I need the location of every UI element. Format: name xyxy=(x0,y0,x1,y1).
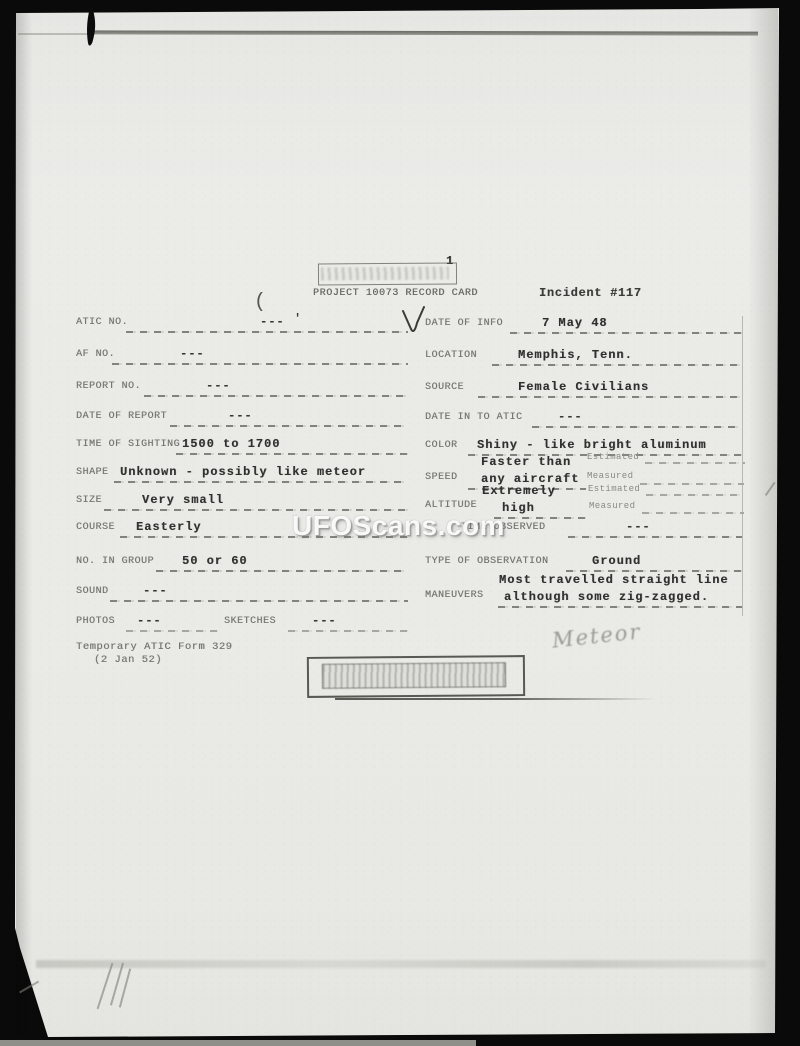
source-value: Female Civilians xyxy=(518,380,649,394)
time-observed-underline xyxy=(568,536,742,538)
date-of-report-label: DATE OF REPORT xyxy=(76,411,167,422)
no-in-group-label: NO. IN GROUP xyxy=(76,556,154,567)
scan-top-edge-line-faint xyxy=(18,33,94,35)
date-in-to-atic-value: --- xyxy=(558,410,583,424)
date-in-to-atic-underline xyxy=(532,426,742,428)
date-of-info-label: DATE OF INFO xyxy=(425,318,503,329)
speed-value-line1: Faster than xyxy=(481,455,571,469)
atic-no-underline xyxy=(126,331,408,333)
sketches-label: SKETCHES xyxy=(224,616,276,627)
atic-no-label: ATIC NO. xyxy=(76,317,128,328)
form-name-line2: (2 Jan 52) xyxy=(94,654,162,666)
maneuvers-value-line1: Most travelled straight line xyxy=(499,573,729,587)
altitude-measured-line xyxy=(642,512,744,514)
altitude-estimated-label: Estimated xyxy=(588,484,640,494)
photos-label: PHOTOS xyxy=(76,616,115,627)
color-value: Shiny - like bright aluminum xyxy=(477,438,707,452)
course-value: Easterly xyxy=(136,520,202,534)
speed-estimated-line xyxy=(645,462,745,464)
no-in-group-value: 50 or 60 xyxy=(182,554,248,568)
left-edge-shadow xyxy=(16,12,32,1034)
type-of-observation-underline xyxy=(566,570,742,572)
source-underline xyxy=(478,396,742,398)
footer-rule-line xyxy=(335,698,657,700)
date-of-info-underline xyxy=(510,332,742,334)
card-right-border-line xyxy=(742,316,743,616)
location-underline xyxy=(492,364,742,366)
speed-measured-label: Measured xyxy=(587,471,633,481)
redaction-stamp xyxy=(318,263,457,286)
shape-label: SHAPE xyxy=(76,467,109,478)
altitude-underline xyxy=(494,517,586,519)
location-label: LOCATION xyxy=(425,350,477,361)
time-of-sighting-label: TIME OF SIGHTING xyxy=(76,439,180,450)
date-of-report-underline xyxy=(170,425,408,427)
maneuvers-value-line2: although some zig-zagged. xyxy=(504,590,709,604)
date-of-info-value: 7 May 48 xyxy=(542,316,608,330)
speed-measured-line xyxy=(640,483,744,485)
altitude-estimated-line xyxy=(646,494,744,496)
approval-stamp-smudge xyxy=(322,662,506,689)
size-label: SIZE xyxy=(76,495,102,506)
form-title: PROJECT 10073 RECORD CARD xyxy=(313,288,478,299)
pen-mark-artifact xyxy=(84,5,100,49)
speed-label: SPEED xyxy=(425,472,458,483)
right-edge-shadow xyxy=(748,8,778,1034)
altitude-value-line2: high xyxy=(502,501,535,515)
shape-underline xyxy=(114,481,408,483)
sketches-value: --- xyxy=(312,614,337,628)
shape-value: Unknown - possibly like meteor xyxy=(120,465,366,479)
form-name-line1: Temporary ATIC Form 329 xyxy=(76,641,232,653)
time-observed-value: --- xyxy=(626,520,651,534)
date-of-report-value: --- xyxy=(228,409,253,423)
location-value: Memphis, Tenn. xyxy=(518,348,633,362)
course-label: COURSE xyxy=(76,522,115,533)
atic-no-value: --- xyxy=(260,315,285,329)
size-value: Very small xyxy=(142,493,224,507)
type-of-observation-label: TYPE OF OBSERVATION xyxy=(425,556,549,567)
paren-pen-mark: ( xyxy=(254,291,266,314)
scan-smudge-band xyxy=(36,960,766,968)
report-no-label: REPORT NO. xyxy=(76,381,141,392)
incident-number: Incident #117 xyxy=(539,286,642,300)
report-no-underline xyxy=(144,395,408,397)
sketches-underline xyxy=(288,630,408,632)
sound-label: SOUND xyxy=(76,586,109,597)
maneuvers-underline xyxy=(498,606,742,608)
sound-underline xyxy=(110,600,408,602)
sound-value: --- xyxy=(143,584,168,598)
altitude-value-line1: Extremely xyxy=(482,484,556,498)
no-in-group-underline xyxy=(156,570,408,572)
apostrophe-pen-mark: ' xyxy=(294,312,301,326)
stamp-smudge xyxy=(321,267,449,281)
scanned-record-card-page: 1 PROJECT 10073 RECORD CARD Incident #11… xyxy=(0,0,800,1046)
time-of-sighting-underline xyxy=(176,453,408,455)
altitude-measured-label: Measured xyxy=(589,501,635,511)
photos-value: --- xyxy=(137,614,162,628)
report-no-value: --- xyxy=(206,379,231,393)
photos-underline xyxy=(126,630,218,632)
type-of-observation-value: Ground xyxy=(592,554,641,568)
maneuvers-label: MANEUVERS xyxy=(425,590,484,601)
source-label: SOURCE xyxy=(425,382,464,393)
approval-stamp-box xyxy=(307,655,525,698)
time-of-sighting-value: 1500 to 1700 xyxy=(182,437,280,451)
color-label: COLOR xyxy=(425,440,458,451)
scan-bottom-strip xyxy=(0,1040,476,1046)
af-no-value: --- xyxy=(180,347,205,361)
af-no-underline xyxy=(112,363,408,365)
speed-estimated-label: Estimated xyxy=(587,452,639,462)
watermark: UFOScans.com xyxy=(292,510,505,542)
date-in-to-atic-label: DATE IN TO ATIC xyxy=(425,412,523,423)
af-no-label: AF NO. xyxy=(76,349,115,360)
